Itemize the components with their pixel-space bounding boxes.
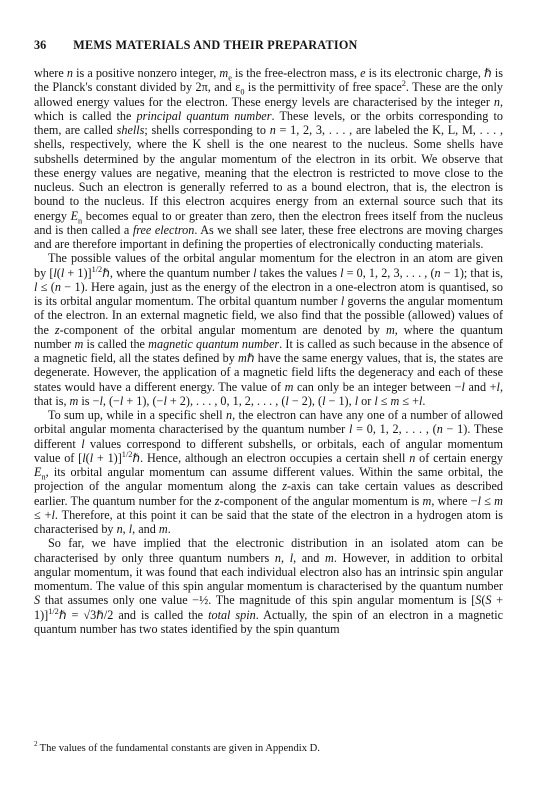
footnote: 2The values of the fundamental constants… — [34, 742, 503, 755]
paragraph: So far, we have implied that the electro… — [34, 536, 503, 636]
book-page: 36 MEMS MATERIALS AND THEIR PREPARATION … — [0, 0, 535, 800]
running-title: MEMS MATERIALS AND THEIR PREPARATION — [73, 38, 357, 53]
footnote-text: The values of the fundamental constants … — [40, 743, 320, 754]
running-header: 36 MEMS MATERIALS AND THEIR PREPARATION — [34, 38, 504, 53]
footnote-marker: 2 — [34, 740, 38, 748]
page-body: where n is a positive nonzero integer, m… — [34, 66, 503, 636]
paragraph: where n is a positive nonzero integer, m… — [34, 66, 503, 251]
paragraph: To sum up, while in a specific shell n, … — [34, 408, 503, 536]
paragraph: The possible values of the orbital angul… — [34, 251, 503, 408]
page-number: 36 — [34, 38, 46, 53]
